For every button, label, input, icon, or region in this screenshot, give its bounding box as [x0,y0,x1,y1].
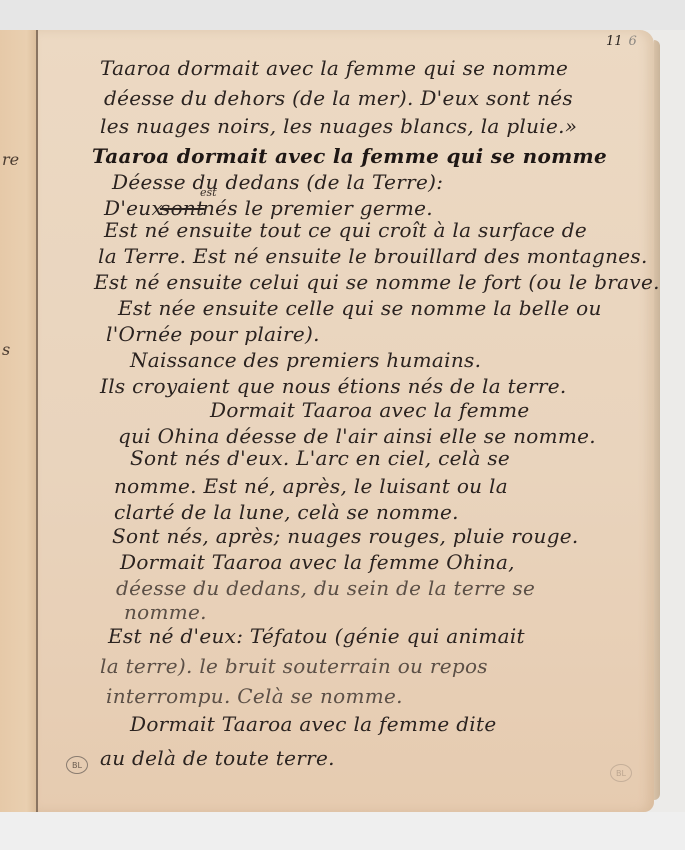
manuscript-line: nomme. Est né, après, le luisant ou la [114,474,508,498]
manuscript-line: sont [160,196,204,220]
manuscript-line: les nuages noirs, les nuages blancs, la … [100,114,577,138]
page-number-ink: 11 [606,34,623,49]
left-page [0,30,38,812]
manuscript-line: la terre). le bruit souterrain ou repos [100,654,488,678]
manuscript-line: D'eux [104,196,163,220]
manuscript-line: Taaroa dormait avec la femme qui se nomm… [92,144,607,168]
manuscript-line: Est né ensuite celui qui se nomme le for… [94,270,660,294]
left-page-fragment: re [2,150,19,169]
library-stamp-icon: BL [610,764,632,782]
manuscript-line: déesse du dehors (de la mer). D'eux sont… [104,86,573,110]
manuscript-line: Dormait Taaroa avec la femme dite [130,712,496,736]
background-top [0,0,685,30]
manuscript-line: nés le premier germe. [202,196,433,220]
manuscript-line: Naissance des premiers humains. [130,348,481,372]
manuscript-line: Sont nés d'eux. L'arc en ciel, celà se [130,446,510,470]
manuscript-line: Dormait Taaroa avec la femme [210,398,530,422]
manuscript-line: Dormait Taaroa avec la femme Ohina, [120,550,515,574]
manuscript-line: Ils croyaient que nous étions nés de la … [100,374,567,398]
page-number: 116 [606,34,637,49]
background-bottom [0,812,685,850]
manuscript-line: déesse du dedans, du sein de la terre se [116,576,535,600]
manuscript-line: Taaroa dormait avec la femme qui se nomm… [100,56,568,80]
manuscript-line: nomme. [124,600,207,624]
manuscript-line: la Terre. Est né ensuite le brouillard d… [98,244,648,268]
manuscript-line: au delà de toute terre. [100,746,335,770]
manuscript-line: l'Ornée pour plaire). [106,322,320,346]
manuscript-line: interrompu. Celà se nomme. [106,684,403,708]
page-edge [654,40,660,800]
interlinear-insertion: est [200,186,217,199]
manuscript-line: Déesse du dedans (de la Terre): [112,170,443,194]
page-number-pencil: 6 [629,34,637,49]
manuscript-line: qui Ohina déesse de l'air ainsi elle se … [118,424,596,448]
library-stamp-icon: BL [66,756,88,774]
manuscript-line: Est née ensuite celle qui se nomme la be… [118,296,602,320]
manuscript-line: Est né ensuite tout ce qui croît à la su… [104,218,587,242]
manuscript-line: Sont nés, après; nuages rouges, pluie ro… [112,524,579,548]
manuscript-line: clarté de la lune, celà se nomme. [114,500,459,524]
manuscript-line: Est né d'eux: Téfatou (génie qui animait [108,624,525,648]
left-page-fragment: s [2,340,10,359]
